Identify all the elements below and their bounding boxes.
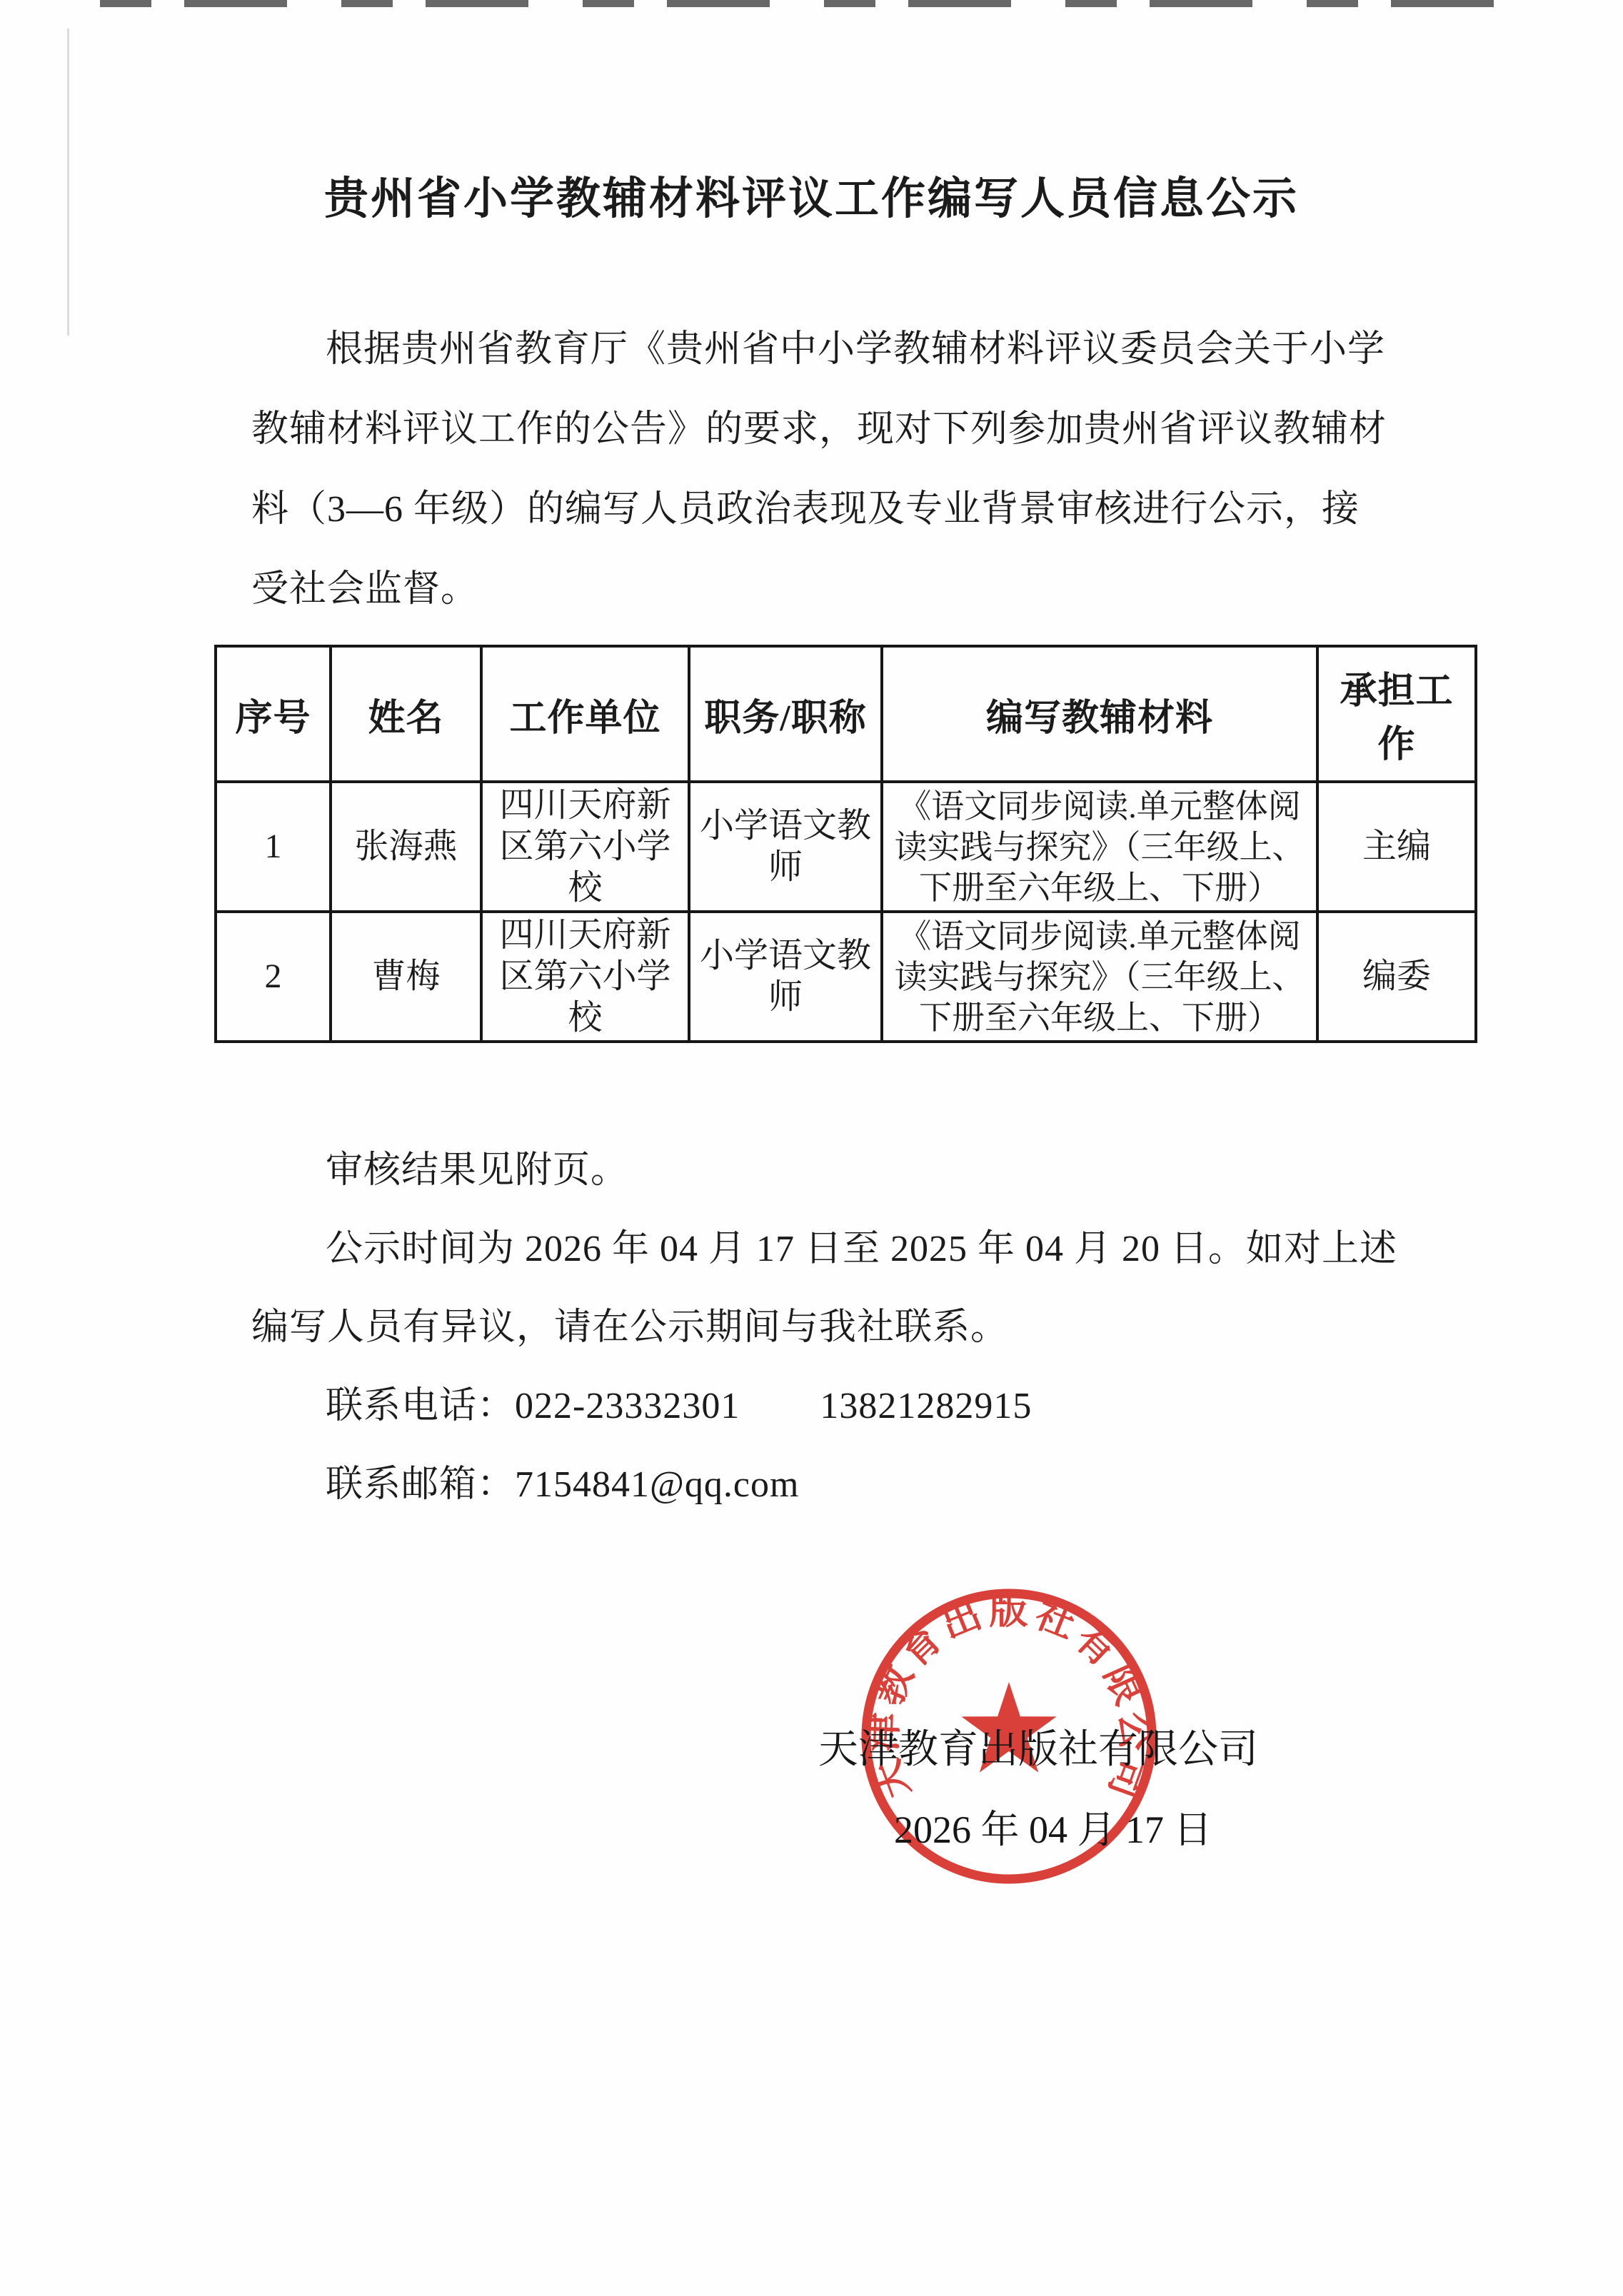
col-header-unit: 工作单位 (481, 646, 689, 782)
cell-name: 曹梅 (331, 912, 481, 1042)
signature-date: 2026 年 04 月 17 日 (894, 1799, 1212, 1854)
contact-phone-line: 联系电话：022-2333230113821282915 (326, 1386, 1032, 1426)
col-header-jobtitle: 职务/职称 (689, 646, 882, 782)
phone-label: 联系电话： (326, 1386, 515, 1426)
cell-unit: 四川天府新区第六小学校 (481, 912, 689, 1042)
paragraph-line: 教辅材料评议工作的公告》的要求，现对下列参加贵州省评议教辅材 (251, 390, 1387, 470)
col-header-no: 序号 (216, 646, 331, 782)
cell-no: 1 (216, 782, 331, 912)
page-title: 贵州省小学教辅材料评议工作编写人员信息公示 (0, 163, 1623, 226)
cell-role: 编委 (1317, 912, 1476, 1042)
scanned-notice-page: 贵州省小学教辅材料评议工作编写人员信息公示 根据贵州省教育厅《贵州省中小学教辅材… (0, 0, 1623, 2296)
personnel-table-wrap: 序号 姓名 工作单位 职务/职称 编写教辅材料 承担工作 1 张海燕 四川天府新… (214, 645, 1477, 1043)
col-header-role: 承担工作 (1317, 646, 1476, 782)
signature-company-name: 天津教育出版社有限公司 (818, 1718, 1258, 1775)
contact-email-line: 联系邮箱：7154841@qq.com (326, 1465, 799, 1505)
col-header-name: 姓名 (331, 646, 481, 782)
scan-artifact-top-dashes (100, 0, 1510, 7)
cell-no: 2 (216, 912, 331, 1042)
table-header-row: 序号 姓名 工作单位 职务/职称 编写教辅材料 承担工作 (216, 646, 1476, 782)
intro-paragraph: 根据贵州省教育厅《贵州省中小学教辅材料评议委员会关于小学 教辅材料评议工作的公告… (251, 310, 1387, 630)
table-row: 2 曹梅 四川天府新区第六小学校 小学语文教师 《语文同步阅读.单元整体阅读实践… (216, 912, 1476, 1042)
cell-role: 主编 (1317, 782, 1476, 912)
cell-material: 《语文同步阅读.单元整体阅读实践与探究》（三年级上、下册至六年级上、下册） (882, 912, 1317, 1042)
email-label: 联系邮箱： (326, 1464, 515, 1505)
email-address: 7154841@qq.com (515, 1464, 799, 1505)
personnel-table: 序号 姓名 工作单位 职务/职称 编写教辅材料 承担工作 1 张海燕 四川天府新… (214, 645, 1477, 1043)
cell-jobtitle: 小学语文教师 (689, 912, 882, 1042)
col-header-material: 编写教辅材料 (882, 646, 1317, 782)
note-attachment: 审核结果见附页。 (326, 1151, 628, 1191)
cell-jobtitle: 小学语文教师 (689, 782, 882, 912)
table-row: 1 张海燕 四川天府新区第六小学校 小学语文教师 《语文同步阅读.单元整体阅读实… (216, 782, 1476, 912)
cell-name: 张海燕 (331, 782, 481, 912)
phone-number-1: 022-23332301 (515, 1386, 740, 1426)
paragraph-line: 受社会监督。 (251, 550, 1387, 630)
paragraph-line: 料（3—6 年级）的编写人员政治表现及专业背景审核进行公示，接 (251, 470, 1387, 550)
cell-material: 《语文同步阅读.单元整体阅读实践与探究》（三年级上、下册至六年级上、下册） (882, 782, 1317, 912)
cell-unit: 四川天府新区第六小学校 (481, 782, 689, 912)
note-publicity-period: 公示时间为 2026 年 04 月 17 日至 2025 年 04 月 20 日… (326, 1229, 1397, 1269)
paragraph-line: 根据贵州省教育厅《贵州省中小学教辅材料评议委员会关于小学 (251, 310, 1387, 390)
phone-number-2: 13821282915 (820, 1386, 1032, 1426)
note-objection: 编写人员有异议，请在公示期间与我社联系。 (251, 1308, 1008, 1348)
